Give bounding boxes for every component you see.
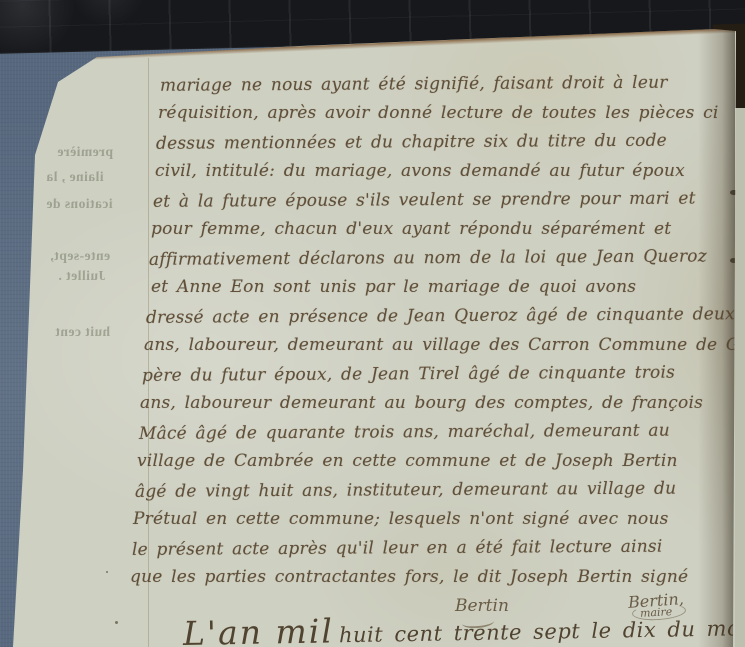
- ink-speck: [115, 621, 118, 624]
- manuscript-line: dressé acte en présence de Jean Queroz â…: [146, 304, 745, 337]
- manuscript-line: Mâcé âgé de quarante trois ans, maréchal…: [139, 420, 745, 453]
- manuscript-line: ans, laboureur, demeurant au village des…: [144, 335, 745, 364]
- bleedthrough-text: ente-sept,: [50, 248, 110, 264]
- manuscript-line: affirmativement déclarons au nom de la l…: [149, 246, 745, 279]
- manuscript-text-block: mariage ne nous ayant été signifié, fais…: [160, 74, 745, 596]
- manuscript-line: Prétual en cette commune; lesquels n'ont…: [133, 509, 745, 538]
- manuscript-line: mariage ne nous ayant été signifié, fais…: [160, 72, 745, 105]
- manuscript-line: réquisition, après avoir donné lecture d…: [158, 103, 745, 132]
- manuscript-line: père du futur époux, de Jean Tirel âgé d…: [142, 362, 745, 395]
- next-act-opening-rest: huit cent trente sept le dix du mois: [339, 616, 745, 647]
- manuscript-line: le présent acte après qu'il leur en a ét…: [132, 536, 745, 569]
- ink-speck: [106, 571, 108, 573]
- manuscript-line: dessus mentionnées et du chapitre six du…: [156, 130, 745, 163]
- scanned-register-photo: première ilaine , la ications de ente-se…: [0, 0, 745, 647]
- manuscript-line: pour femme, chacun d'eux ayant répondu s…: [151, 219, 745, 248]
- register-page: première ilaine , la ications de ente-se…: [0, 0, 745, 647]
- bleedthrough-text: ications de: [46, 196, 113, 212]
- bleedthrough-text: ilaine , la: [46, 169, 104, 185]
- manuscript-line: village de Cambrée en cette commune et d…: [137, 451, 745, 480]
- bleedthrough-text: première: [57, 144, 113, 160]
- next-act-opening-large: L'an mil: [183, 611, 334, 647]
- bleedthrough-text: Juillet .: [58, 268, 105, 284]
- manuscript-line: ans, laboureur demeurant au bourg des co…: [140, 393, 745, 422]
- bleedthrough-text: huit cent: [55, 324, 110, 340]
- manuscript-line: âgé de vingt huit ans, instituteur, deme…: [135, 478, 745, 511]
- manuscript-line: et à la future épouse s'ils veulent se p…: [153, 188, 745, 221]
- manuscript-line: et Anne Eon sont unis par le mariage de …: [151, 277, 745, 306]
- next-act-opening: L'an mil huit cent trente sept le dix du…: [183, 604, 745, 647]
- manuscript-line: civil, intitulé: du mariage, avons deman…: [155, 161, 745, 190]
